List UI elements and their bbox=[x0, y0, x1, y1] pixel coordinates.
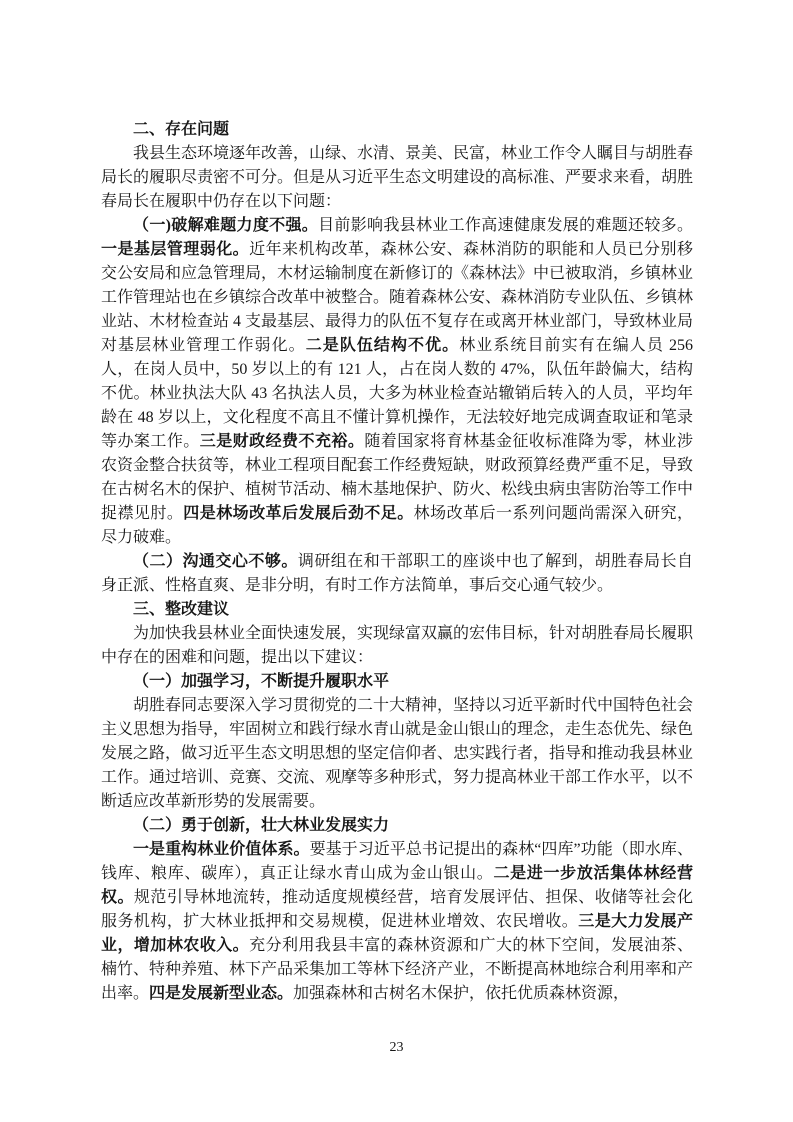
text-run: 胡胜春同志要深入学习贯彻党的二十大精神，坚持以习近平新时代中国特色社会主义思想为… bbox=[101, 697, 693, 810]
document-page: 二、存在问题我县生态环境逐年改善，山绿、水清、景美、民富，林业工作令人瞩目与胡胜… bbox=[0, 0, 793, 1122]
page-number: 23 bbox=[0, 1040, 793, 1056]
section-heading: 二、存在问题 bbox=[101, 118, 693, 142]
emphasis-text-run: 二、存在问题 bbox=[133, 121, 229, 138]
emphasis-text-run: 四是发展新型业态。 bbox=[149, 985, 293, 1002]
document-body: 二、存在问题我县生态环境逐年改善，山绿、水清、景美、民富，林业工作令人瞩目与胡胜… bbox=[101, 118, 693, 1006]
sub-heading: （二）勇于创新，壮大林业发展实力 bbox=[101, 814, 693, 838]
paragraph: 为加快我县林业全面快速发展，实现绿富双赢的宏伟目标，针对胡胜春局长履职中存在的困… bbox=[101, 622, 693, 670]
emphasis-text-run: （二）勇于创新，壮大林业发展实力 bbox=[133, 817, 389, 834]
text-run: 加强森林和古树名木保护，依托优质森林资源， bbox=[293, 985, 629, 1002]
paragraph: 一是重构林业价值体系。要基于习近平总书记提出的森林“四库”功能（即水库、钱库、粮… bbox=[101, 838, 693, 1006]
emphasis-text-run: 三是财政经费不充裕。 bbox=[200, 433, 365, 450]
emphasis-text-run: 三、整改建议 bbox=[133, 601, 229, 618]
emphasis-text-run: 一是重构林业价值体系。 bbox=[133, 841, 310, 858]
emphasis-text-run: 四是林场改革后发展后劲不足。 bbox=[183, 505, 413, 522]
sub-heading: （一）加强学习，不断提升履职水平 bbox=[101, 670, 693, 694]
text-run: 为加快我县林业全面快速发展，实现绿富双赢的宏伟目标，针对胡胜春局长履职中存在的困… bbox=[101, 625, 693, 666]
text-run: 我县生态环境逐年改善，山绿、水清、景美、民富，林业工作令人瞩目与胡胜春局长的履职… bbox=[101, 145, 693, 210]
text-run: 目前影响我县林业工作高速健康发展的难题还较多。 bbox=[318, 217, 693, 234]
emphasis-text-run: （二）沟通交心不够。 bbox=[133, 553, 298, 570]
paragraph: （二）沟通交心不够。调研组在和干部职工的座谈中也了解到，胡胜春局长自身正派、性格… bbox=[101, 550, 693, 598]
emphasis-text-run: （一）加强学习，不断提升履职水平 bbox=[133, 673, 389, 690]
emphasis-text-run: 二是队伍结构不优。 bbox=[306, 337, 460, 354]
section-heading: 三、整改建议 bbox=[101, 598, 693, 622]
paragraph: 胡胜春同志要深入学习贯彻党的二十大精神，坚持以习近平新时代中国特色社会主义思想为… bbox=[101, 694, 693, 814]
paragraph: （一)破解难题力度不强。目前影响我县林业工作高速健康发展的难题还较多。一是基层管… bbox=[101, 214, 693, 550]
emphasis-text-run: 一是基层管理弱化。 bbox=[101, 241, 249, 258]
emphasis-text-run: （一)破解难题力度不强。 bbox=[133, 217, 318, 234]
paragraph: 我县生态环境逐年改善，山绿、水清、景美、民富，林业工作令人瞩目与胡胜春局长的履职… bbox=[101, 142, 693, 214]
